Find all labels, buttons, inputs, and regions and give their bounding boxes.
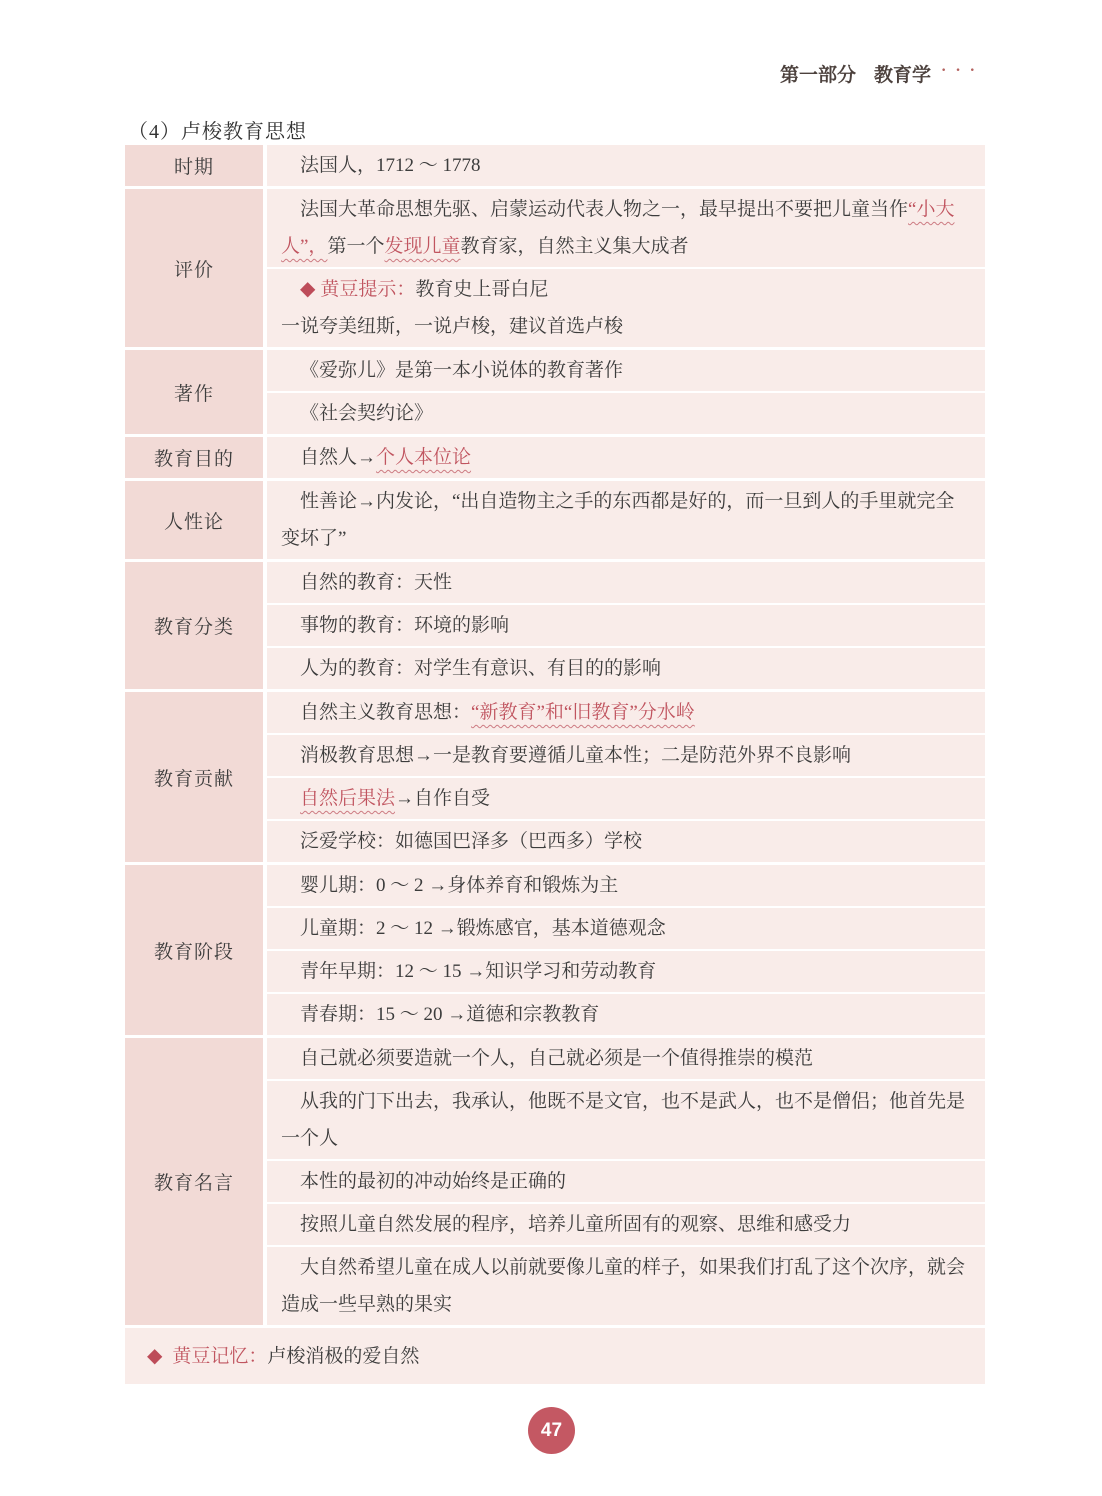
text-segment: 婴儿期：0 ～ 2 →身体养育和锻炼为主 <box>300 875 618 896</box>
table-row: 著作《爱弥儿》是第一本小说体的教育著作《社会契约论》 <box>125 350 985 434</box>
row-cell: 大自然希望儿童在成人以前就要像儿童的样子，如果我们打乱了这个次序，就会造成一些早… <box>267 1247 985 1325</box>
row-label: 教育名言 <box>125 1038 263 1325</box>
highlighted-term: “新教育”和“旧教育”分水岭 <box>471 702 695 723</box>
row-cell: 《社会契约论》 <box>267 393 985 434</box>
table: 时期法国人，1712 ～ 1778评价法国大革命思想先驱、启蒙运动代表人物之一，… <box>125 145 985 1384</box>
table-row: 教育分类自然的教育：天性事物的教育：环境的影响人为的教育：对学生有意识、有目的的… <box>125 562 985 689</box>
row-content: 法国人，1712 ～ 1778 <box>267 145 985 186</box>
text-segment: 儿童期：2 ～ 12 →锻炼感官，基本道德观念 <box>300 918 666 939</box>
row-label: 教育贡献 <box>125 692 263 862</box>
row-content: 性善论→内发论，“出自造物主之手的东西都是好的，而一旦到人的手里就完全变坏了” <box>267 481 985 559</box>
row-cell: 自然的教育：天性 <box>267 562 985 603</box>
page-number: 47 <box>541 1420 562 1442</box>
text-segment: 性善论→内发论，“出自造物主之手的东西都是好的，而一旦到人的手里就完全变坏了” <box>281 491 954 549</box>
text-segment: 自己就必须要造就一个人，自己就必须是一个值得推崇的模范 <box>300 1048 813 1069</box>
text-segment: 青年早期：12 ～ 15 →知识学习和劳动教育 <box>300 961 656 982</box>
text-segment: 青春期：15 ～ 20 →道德和宗教教育 <box>300 1004 599 1025</box>
row-cell: 法国人，1712 ～ 1778 <box>267 145 985 186</box>
row-cell: ◆ 黄豆提示：教育史上哥白尼一说夸美纽斯，一说卢梭，建议首选卢梭 <box>267 269 985 347</box>
text-segment: 自然主义教育思想： <box>300 702 471 723</box>
memory-note-label: 黄豆记忆： <box>172 1338 267 1375</box>
text-segment: 教育家，自然主义集大成者 <box>460 236 688 257</box>
row-cell: 自然人→个人本位论 <box>267 437 985 478</box>
highlighted-term: 个人本位论 <box>376 447 471 468</box>
row-content: 自己就必须要造就一个人，自己就必须是一个值得推崇的模范从我的门下出去，我承认，他… <box>267 1038 985 1325</box>
text-segment: 自然人→ <box>300 447 376 468</box>
text-segment: 人为的教育：对学生有意识、有目的的影响 <box>300 658 661 679</box>
text-segment: 第一个 <box>327 236 384 257</box>
text-segment: 按照儿童自然发展的程序，培养儿童所固有的观察、思维和感受力 <box>300 1214 851 1235</box>
text-segment: 本性的最初的冲动始终是正确的 <box>300 1171 566 1192</box>
row-label: 人性论 <box>125 481 263 559</box>
row-content: 法国大革命思想先驱、启蒙运动代表人物之一，最早提出不要把儿童当作“小大人”，第一… <box>267 189 985 347</box>
row-content: 自然的教育：天性事物的教育：环境的影响人为的教育：对学生有意识、有目的的影响 <box>267 562 985 689</box>
row-content: 自然人→个人本位论 <box>267 437 985 478</box>
table-row: 评价法国大革命思想先驱、启蒙运动代表人物之一，最早提出不要把儿童当作“小大人”，… <box>125 189 985 347</box>
row-cell: 泛爱学校：如德国巴泽多（巴西多）学校 <box>267 821 985 862</box>
text-segment: 消极教育思想→一是教育要遵循儿童本性；二是防范外界不良影响 <box>300 745 851 766</box>
row-cell: 婴儿期：0 ～ 2 →身体养育和锻炼为主 <box>267 865 985 906</box>
tip-label: 黄豆提示： <box>320 279 415 300</box>
row-cell: 消极教育思想→一是教育要遵循儿童本性；二是防范外界不良影响 <box>267 735 985 776</box>
row-label: 教育目的 <box>125 437 263 478</box>
text-segment: 《社会契约论》 <box>300 403 433 424</box>
row-cell: 本性的最初的冲动始终是正确的 <box>267 1161 985 1202</box>
row-cell: 青春期：15 ～ 20 →道德和宗教教育 <box>267 994 985 1035</box>
table-row: 教育名言自己就必须要造就一个人，自己就必须是一个值得推崇的模范从我的门下出去，我… <box>125 1038 985 1325</box>
table-row: 人性论性善论→内发论，“出自造物主之手的东西都是好的，而一旦到人的手里就完全变坏… <box>125 481 985 559</box>
table-row: 时期法国人，1712 ～ 1778 <box>125 145 985 186</box>
text-segment: 一说夸美纽斯，一说卢梭，建议首选卢梭 <box>281 316 623 337</box>
row-label: 著作 <box>125 350 263 434</box>
highlighted-term: 发现儿童 <box>384 236 460 257</box>
memory-note-text: 卢梭消极的爱自然 <box>267 1338 419 1375</box>
row-cell: 事物的教育：环境的影响 <box>267 605 985 646</box>
row-cell: 性善论→内发论，“出自造物主之手的东西都是好的，而一旦到人的手里就完全变坏了” <box>267 481 985 559</box>
diamond-icon: ◆ <box>147 1338 162 1375</box>
header-part-label: 第一部分 <box>780 60 856 87</box>
row-cell: 自己就必须要造就一个人，自己就必须是一个值得推崇的模范 <box>267 1038 985 1079</box>
memory-note-row: ◆ 黄豆记忆： 卢梭消极的爱自然 <box>125 1328 985 1384</box>
text-segment: 从我的门下出去，我承认，他既不是文官，也不是武人，也不是僧侣；他首先是一个人 <box>281 1091 965 1149</box>
text-segment: 泛爱学校：如德国巴泽多（巴西多）学校 <box>300 831 642 852</box>
row-label: 评价 <box>125 189 263 347</box>
page-header: 第一部分 教育学 ··· <box>780 60 984 87</box>
table-row: 教育阶段婴儿期：0 ～ 2 →身体养育和锻炼为主儿童期：2 ～ 12 →锻炼感官… <box>125 865 985 1035</box>
text-segment: 教育史上哥白尼 <box>415 279 548 300</box>
row-label: 教育分类 <box>125 562 263 689</box>
row-cell: 青年早期：12 ～ 15 →知识学习和劳动教育 <box>267 951 985 992</box>
highlighted-term: 自然后果法 <box>300 788 395 809</box>
text-segment: 《爱弥儿》是第一本小说体的教育著作 <box>300 360 623 381</box>
text-segment: 事物的教育：环境的影响 <box>300 615 509 636</box>
table-row: 教育目的自然人→个人本位论 <box>125 437 985 478</box>
page-number-badge: 47 <box>528 1407 575 1454</box>
header-dots: ··· <box>941 62 984 80</box>
row-cell: 法国大革命思想先驱、启蒙运动代表人物之一，最早提出不要把儿童当作“小大人”，第一… <box>267 189 985 267</box>
row-cell: 按照儿童自然发展的程序，培养儿童所固有的观察、思维和感受力 <box>267 1204 985 1245</box>
row-cell: 人为的教育：对学生有意识、有目的的影响 <box>267 648 985 689</box>
text-segment: 法国大革命思想先驱、启蒙运动代表人物之一，最早提出不要把儿童当作 <box>300 199 908 220</box>
row-cell: 从我的门下出去，我承认，他既不是文官，也不是武人，也不是僧侣；他首先是一个人 <box>267 1081 985 1159</box>
row-label: 教育阶段 <box>125 865 263 1035</box>
text-segment: 自然的教育：天性 <box>300 572 452 593</box>
text-segment: →自作自受 <box>395 788 490 809</box>
text-segment: 大自然希望儿童在成人以前就要像儿童的样子，如果我们打乱了这个次序，就会造成一些早… <box>281 1257 965 1315</box>
header-subject-label: 教育学 <box>874 60 931 87</box>
row-cell: 《爱弥儿》是第一本小说体的教育著作 <box>267 350 985 391</box>
row-content: 自然主义教育思想：“新教育”和“旧教育”分水岭消极教育思想→一是教育要遵循儿童本… <box>267 692 985 862</box>
text-segment: 法国人，1712 ～ 1778 <box>300 155 481 176</box>
row-cell: 儿童期：2 ～ 12 →锻炼感官，基本道德观念 <box>267 908 985 949</box>
row-cell: 自然后果法→自作自受 <box>267 778 985 819</box>
row-label: 时期 <box>125 145 263 186</box>
row-content: 婴儿期：0 ～ 2 →身体养育和锻炼为主儿童期：2 ～ 12 →锻炼感官，基本道… <box>267 865 985 1035</box>
table-row: 教育贡献自然主义教育思想：“新教育”和“旧教育”分水岭消极教育思想→一是教育要遵… <box>125 692 985 862</box>
row-cell: 自然主义教育思想：“新教育”和“旧教育”分水岭 <box>267 692 985 733</box>
row-content: 《爱弥儿》是第一本小说体的教育著作《社会契约论》 <box>267 350 985 434</box>
section-title: （4）卢梭教育思想 <box>128 115 307 144</box>
diamond-icon: ◆ <box>300 278 320 300</box>
